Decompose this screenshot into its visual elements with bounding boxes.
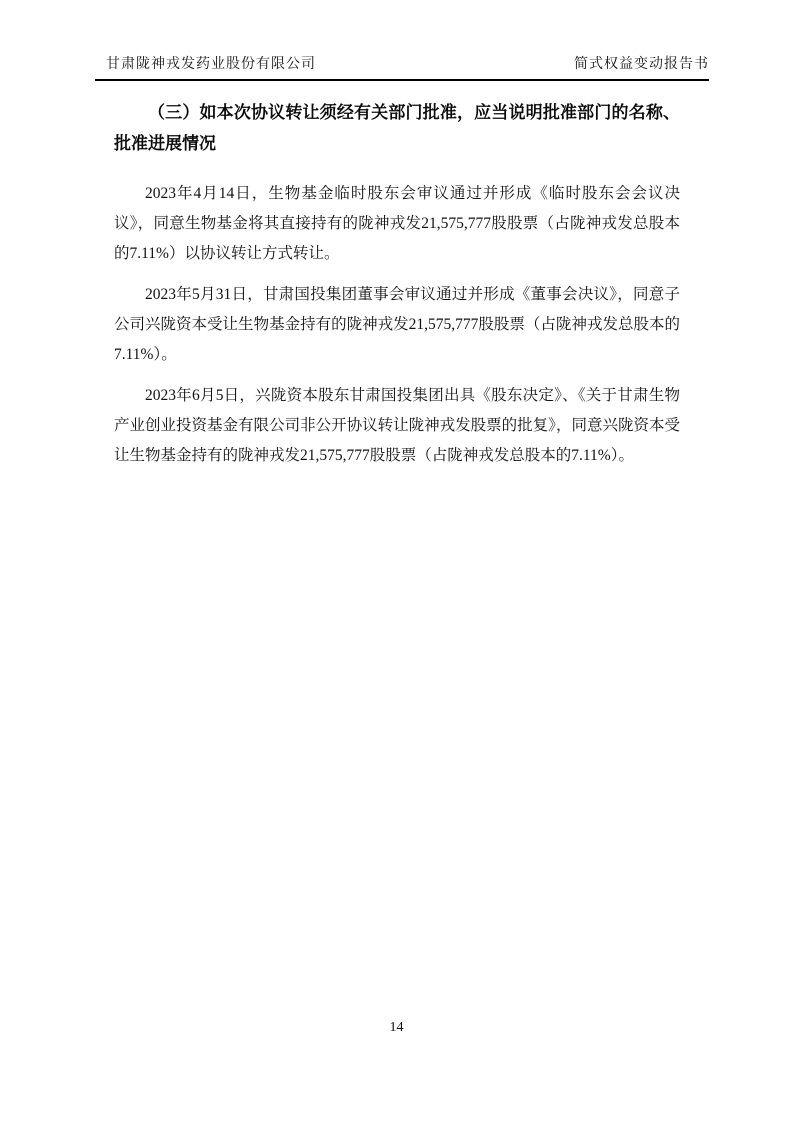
header-company-name: 甘肃陇神戎发药业股份有限公司 — [95, 56, 316, 74]
paragraph-approval-2023-04-14: 2023年4月14日，生物基金临时股东会审议通过并形成《临时股东会会议决议》，同… — [114, 179, 680, 269]
page-number: 14 — [390, 1020, 404, 1035]
paragraph-approval-2023-05-31: 2023年5月31日，甘肃国投集团董事会审议通过并形成《董事会决议》，同意子公司… — [114, 280, 680, 370]
document-body: （三）如本次协议转让须经有关部门批准，应当说明批准部门的名称、批准进展情况 20… — [114, 97, 680, 482]
document-page: 甘肃陇神戎发药业股份有限公司 简式权益变动报告书 （三）如本次协议转让须经有关部… — [0, 0, 793, 1122]
section-heading: （三）如本次协议转让须经有关部门批准，应当说明批准部门的名称、批准进展情况 — [114, 97, 680, 159]
header-report-title: 简式权益变动报告书 — [574, 56, 709, 74]
page-footer: 14 — [0, 1018, 793, 1038]
paragraph-approval-2023-06-05: 2023年6月5日，兴陇资本股东甘肃国投集团出具《股东决定》、《关于甘肃生物产业… — [114, 381, 680, 471]
page-header: 甘肃陇神戎发药业股份有限公司 简式权益变动报告书 — [95, 56, 709, 81]
